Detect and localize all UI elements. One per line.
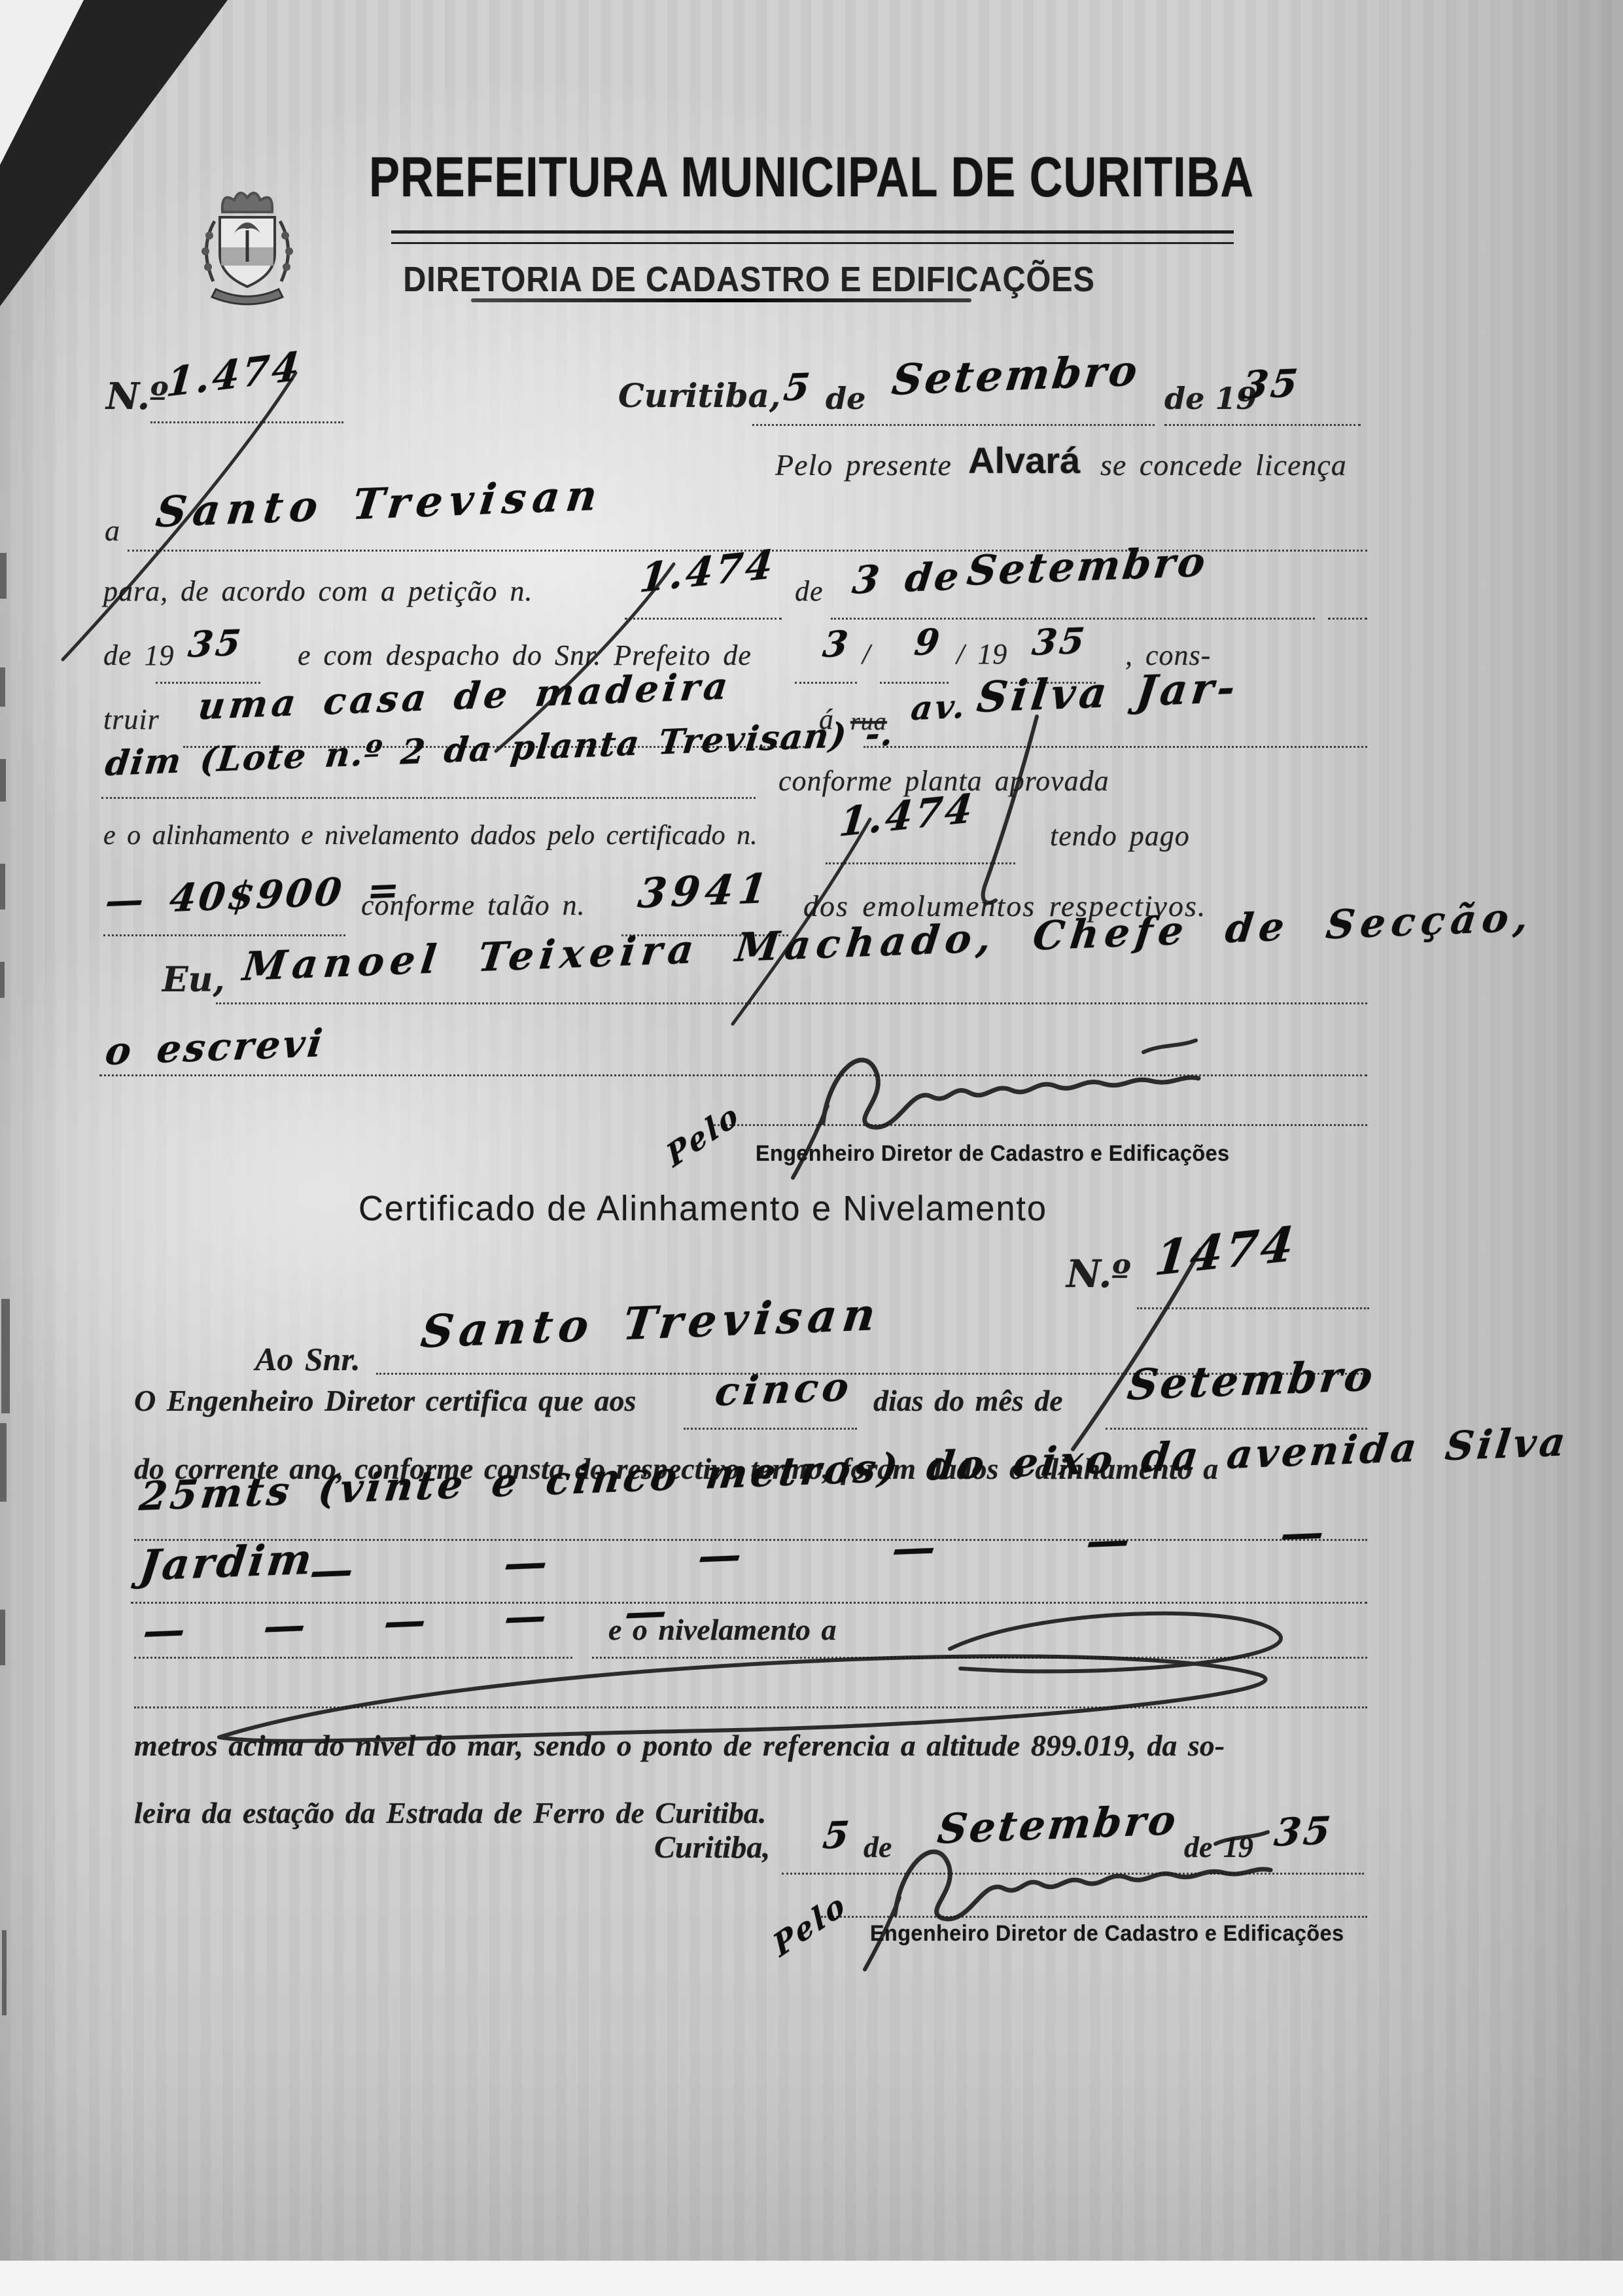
header-double-rule [391,230,1234,244]
form-line [592,1657,1367,1659]
scanned-permit-document: PREFEITURA MUNICIPAL DE CURITIBA DIRETOR… [0,0,1623,2296]
cert-street-value: Jardim [137,1538,317,1587]
alignment-text: e o alinhamento e nivelamento dados pelo… [103,822,758,849]
pen-dashes: — — — — — [141,1591,672,1653]
petition-day-value: 3 de [850,557,964,599]
form-line [782,1873,1200,1875]
dispatch-year-value: 35 [186,625,245,662]
cert-body1-prefix: O Engenheiro Diretor certifica que aos [134,1386,636,1416]
scan-edge-mark [0,864,5,910]
scan-edge-mark [2,1930,7,2015]
addressee-label: Ao Snr. [255,1343,360,1375]
construction-prefix: truir [103,705,160,734]
clerk-wrote-value: o escrevi [103,1024,327,1070]
scan-edge-mark [1,1299,10,1413]
form-line [216,1002,1367,1004]
fee-receipt-value: 3941 [636,868,775,914]
form-line [103,934,345,936]
cert-day-value: 5 [821,1816,854,1854]
certificate-heading: Certificado de Alinhamento e Nivelamento [358,1191,1047,1226]
cert-de-label: de [864,1832,892,1862]
grantee-label: a [105,516,120,546]
dispatch-month-value: 9 [913,624,944,660]
pen-loop-small [950,1614,1281,1672]
fee-value: — 40$900 = [103,870,404,920]
alvara-de-label: de [826,383,865,414]
form-line [864,746,1367,748]
scan-edge-mark [0,1423,7,1502]
form-line [134,1706,1367,1708]
cert-distance-value: 25mts (vinte e cinco metros) do eixo da … [137,1422,1571,1517]
dispatch-slash-year: / 19 [956,640,1007,669]
fee-text: conforme talão n. [361,891,585,920]
form-line [150,421,343,423]
director-signature-tilde [1143,1040,1196,1052]
clerk-label: Eu, [162,963,225,997]
form-line [752,424,1155,426]
petition-number: 1.474 [638,544,777,599]
director-title-stamp: Engenheiro Diretor de Cadastro e Edifica… [870,1922,1344,1945]
addressee-value: Santo Trevisan [419,1292,884,1354]
signature-line [821,1916,1367,1918]
cert-year-prefix: de 19 [1184,1832,1253,1862]
scan-edge-mark [0,962,5,998]
cert-month-value: Setembro [1125,1355,1377,1407]
scan-edge-mark [0,667,5,707]
alvara-year-value: 35 [1240,364,1302,404]
cert-body4: leira da estação da Estrada de Ferro de … [134,1798,766,1828]
cert-year-value: 35 [1272,1811,1335,1852]
form-line [795,682,857,684]
alvara-number-value: 1.474 [165,347,304,403]
petition-month-value: Setembro [965,542,1210,592]
grant-keyword: Alvará [968,442,1080,479]
header-title: PREFEITURA MUNICIPAL DE CURITIBA [146,149,1476,205]
header-subtitle-rule [471,298,971,302]
certificate-number-value: 1474 [1153,1220,1299,1282]
pen-stroke-jar-descender [983,716,1037,903]
signature-line [710,1124,1367,1126]
alvara-number-label: N.º [106,378,168,415]
form-line [625,618,782,620]
form-line [1328,618,1367,620]
header-subtitle: DIRETORIA DE CADASTRO E EDIFICAÇÕES [75,262,1423,297]
form-line [880,682,949,684]
form-line [1137,1307,1369,1309]
leveling-text: e o nivelamento a [608,1615,836,1645]
construction-value: uma casa de madeira [196,667,733,725]
alignment-suffix: tendo pago [1050,822,1190,851]
director-signature [823,1060,1198,1127]
pen-dashes: — — — — — — [307,1510,1329,1593]
form-line [826,862,1015,864]
scan-edge-mark [0,553,7,599]
cert-body3: metros acima do nivel do mar, sendo o po… [134,1731,1225,1761]
dispatch-day-value: 3 [821,626,852,662]
dispatch-year2-value: 35 [1030,623,1089,660]
petition-de-label: de [795,577,824,606]
cert-body1-mid: dias do mês de [873,1386,1063,1416]
grant-prefix: Pelo presente [775,450,952,480]
cert-city-label: Curitiba, [654,1832,770,1863]
petition-prefix: para, de acordo com a petição n. [103,577,532,606]
certificate-number-label: N.º [1066,1255,1131,1293]
signed-by-label: Pelo [769,1887,850,1962]
dispatch-slash: / [862,640,871,669]
scanner-background-strip [0,2261,1623,2296]
form-line [99,1074,1367,1076]
signed-by-label: Pelo [663,1097,744,1172]
form-line [1210,1873,1364,1875]
alvara-month-value: Setembro [890,350,1142,402]
form-line [1164,424,1361,426]
alvara-day-value: 5 [782,368,814,406]
street-name-value: Silva Jar- [975,667,1241,719]
street-type-value: av. [909,690,969,725]
grantee-value: Santo Trevisan [154,474,606,534]
dispatch-prefix: de 19 [103,641,175,670]
scan-edge-mark [0,759,6,802]
alvara-city-label: Curitiba, [618,380,780,412]
form-line [101,797,756,799]
grant-suffix: se concede licença [1100,450,1347,480]
form-line [684,1428,857,1430]
cert-days-value: cinco [713,1368,855,1412]
form-line [134,1657,572,1659]
director-title-stamp: Engenheiro Diretor de Cadastro e Edifica… [756,1142,1230,1165]
scan-edge-mark [0,1610,5,1665]
cert-month-value2: Setembro [935,1800,1180,1850]
